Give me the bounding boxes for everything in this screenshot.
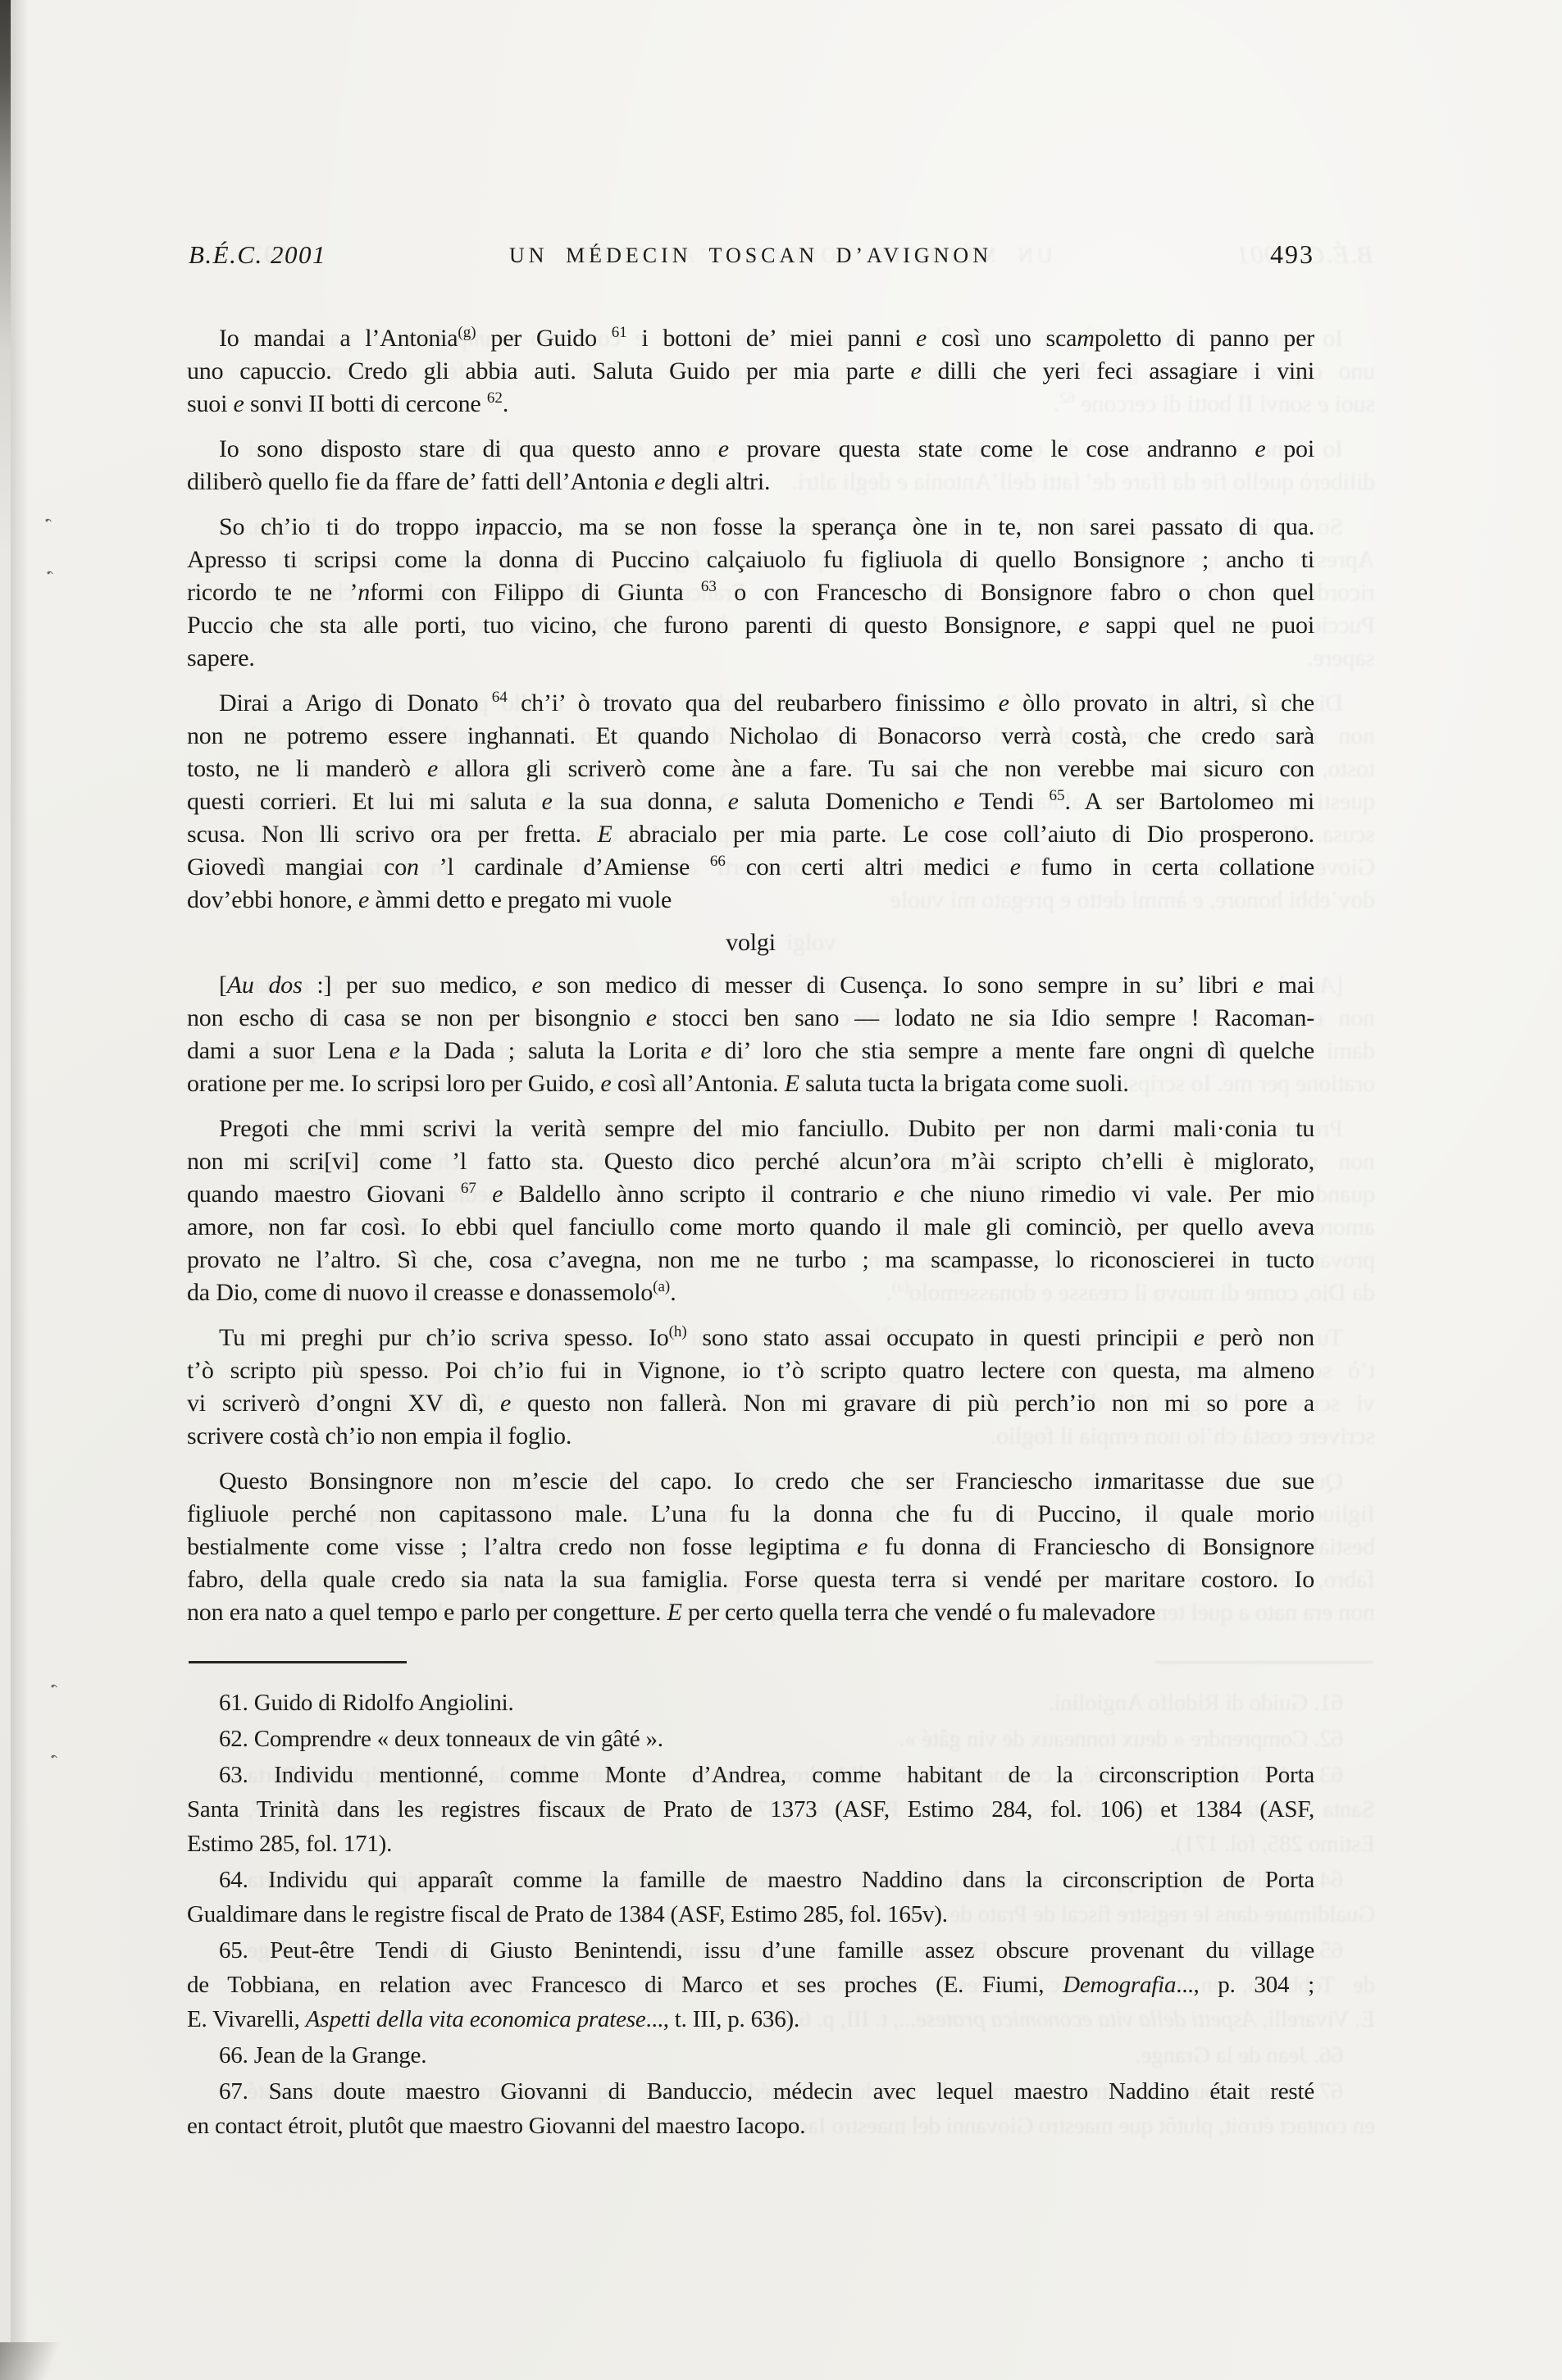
footnote-line: Gualdimare dans le registre fiscal de Pr…	[187, 1897, 1314, 1932]
body-line: Apresso ti scripsi come la donna di Pucc…	[187, 544, 1314, 576]
para-item: [Au dos :] per suo medico, e son medico …	[187, 969, 1314, 1100]
note-item: 62. Comprendre « deux tonneaux de vin gâ…	[187, 1722, 1314, 1756]
turn-word: volgi	[187, 926, 1314, 959]
footnote-line: 63. Individu mentionné, comme Monte d’An…	[187, 1758, 1314, 1792]
body-line: Io sono disposto stare di qua questo ann…	[187, 433, 1314, 466]
footnote-line: en contact étroit, plutôt que maestro Gi…	[187, 2109, 1314, 2143]
body-line: provato ne l’altro. Sì che, cosa c’avegn…	[187, 1244, 1314, 1276]
body-line: scusa. Non lli scrivo ora per fretta. E …	[187, 818, 1314, 851]
footnote-line: Santa Trinità dans les registres fiscaux…	[187, 1792, 1314, 1827]
body-line: sapere.	[187, 642, 1314, 675]
running-header: B.É.C. 2001 UN MÉDECIN TOSCAN D’AVIGNON …	[187, 234, 1314, 272]
page-number: 493	[1270, 239, 1314, 270]
footnote-line: 64. Individu qui apparaît comme la famil…	[187, 1863, 1314, 1897]
para-item: Questo Bonsingnore non m’escie del capo.…	[187, 1465, 1314, 1629]
body-line: oratione per me. Io scripsi loro per Gui…	[187, 1067, 1314, 1100]
note-item: 65. Peut-être Tendi di Giusto Benintendi…	[187, 1933, 1314, 2036]
body-line: amore, non far così. Io ebbi quel fanciu…	[187, 1211, 1314, 1244]
footnote-line: 67. Sans doute maestro Giovanni di Bandu…	[187, 2074, 1314, 2109]
footnote-line: 65. Peut-être Tendi di Giusto Benintendi…	[187, 1933, 1314, 1968]
note-item: 63. Individu mentionné, comme Monte d’An…	[187, 1758, 1314, 1861]
body-line: t’ò scripto più spesso. Poi ch’io fui in…	[187, 1354, 1314, 1387]
body-line: non escho di casa se non per bisongnio e…	[187, 1002, 1314, 1035]
body-line: diliberò quello fie da ffare de’ fatti d…	[187, 466, 1314, 498]
body-line: So ch’io ti do troppo inpaccio, ma se no…	[187, 511, 1314, 544]
body-line: volgi	[187, 926, 1314, 959]
para-item: Pregoti che mmi scrivi la verità sempre …	[187, 1113, 1314, 1309]
body-line: dov’ebbi honore, e àmmi detto e pregato …	[187, 884, 1314, 917]
para-item: Dirai a Arigo di Donato 64 ch’i’ ò trova…	[187, 687, 1314, 917]
scan-bottom-left-corner	[0, 2342, 90, 2380]
note-item: 64. Individu qui apparaît comme la famil…	[187, 1863, 1314, 1932]
footnote-line: 62. Comprendre « deux tonneaux de vin gâ…	[187, 1722, 1314, 1756]
body-line: dami a suor Lena e la Dada ; saluta la L…	[187, 1035, 1314, 1067]
body-line: quando maestro Giovani 67 e Baldello ànn…	[187, 1178, 1314, 1211]
margin-mark: ,	[42, 571, 43, 577]
scanned-journal-page: , , , , B.É.C. 2001 UN MÉDECIN TOSCAN D’…	[0, 0, 1562, 2380]
body-line: uno capuccio. Credo gli abbia auti. Salu…	[187, 355, 1314, 388]
para-item: Tu mi preghi pur ch’io scriva spesso. Io…	[187, 1322, 1314, 1453]
note-item: 66. Jean de la Grange.	[187, 2038, 1314, 2073]
margin-mark: ,	[40, 519, 41, 525]
body-line: scrivere costà ch’io non empia il foglio…	[187, 1420, 1314, 1453]
margin-mark: ,	[46, 1755, 47, 1761]
footnote-line: 66. Jean de la Grange.	[187, 2038, 1314, 2073]
scan-left-edge-shadow	[11, 0, 29, 2380]
letter-transcription: Io mandai a l’Antonia(g) per Guido 61 i …	[187, 322, 1314, 1629]
para-item: Io mandai a l’Antonia(g) per Guido 61 i …	[187, 322, 1314, 421]
body-line: Pregoti che mmi scrivi la verità sempre …	[187, 1113, 1314, 1145]
body-line: bestialmente come visse ; l’altra credo …	[187, 1531, 1314, 1563]
footnote-line: Estimo 285, fol. 171).	[187, 1827, 1314, 1861]
body-line: tosto, ne li manderò e allora gli scrive…	[187, 753, 1314, 785]
body-line: ricordo te ne ’nformi con Filippo di Giu…	[187, 576, 1314, 609]
body-line: Dirai a Arigo di Donato 64 ch’i’ ò trova…	[187, 687, 1314, 720]
body-line: questi corrieri. Et lui mi saluta e la s…	[187, 785, 1314, 818]
body-line: Questo Bonsingnore non m’escie del capo.…	[187, 1465, 1314, 1498]
note-item: 67. Sans doute maestro Giovanni di Bandu…	[187, 2074, 1314, 2143]
scan-left-edge	[0, 0, 11, 2380]
margin-mark: ,	[46, 1685, 47, 1691]
body-line: Tu mi preghi pur ch’io scriva spesso. Io…	[187, 1322, 1314, 1354]
body-line: figliuole perché non capitassono male. L…	[187, 1498, 1314, 1531]
body-line: non ne potremo essere inghannati. Et qua…	[187, 720, 1314, 753]
body-line: da Dio, come di nuovo il creasse e donas…	[187, 1276, 1314, 1309]
para-item: Io sono disposto stare di qua questo ann…	[187, 433, 1314, 498]
body-line: non era nato a quel tempo e parlo per co…	[187, 1596, 1314, 1629]
body-line: suoi e sonvi II botti di cercone 62.	[187, 388, 1314, 421]
para-item: So ch’io ti do troppo inpaccio, ma se no…	[187, 511, 1314, 675]
body-line: fabro, della quale credo sia nata la sua…	[187, 1563, 1314, 1596]
footnote-separator-rule	[189, 1661, 407, 1663]
body-line: Io mandai a l’Antonia(g) per Guido 61 i …	[187, 322, 1314, 355]
body-line: Puccio che sta alle porti, tuo vicino, c…	[187, 609, 1314, 642]
footnote-line: 61. Guido di Ridolfo Angiolini.	[187, 1686, 1314, 1720]
running-title: UN MÉDECIN TOSCAN D’AVIGNON	[187, 243, 1314, 268]
footnotes: 61. Guido di Ridolfo Angiolini.62. Compr…	[187, 1686, 1314, 2143]
body-line: Giovedì mangiai con ’l cardinale d’Amien…	[187, 851, 1314, 884]
body-line: non mi scri[vi] come ’l fatto sta. Quest…	[187, 1145, 1314, 1178]
body-line: [Au dos :] per suo medico, e son medico …	[187, 969, 1314, 1002]
note-item: 61. Guido di Ridolfo Angiolini.	[187, 1686, 1314, 1720]
footnote-line: E. Vivarelli, Aspetti della vita economi…	[187, 2002, 1314, 2036]
footnote-line: de Tobbiana, en relation avec Francesco …	[187, 1968, 1314, 2002]
body-line: vi scriverò d’ongni XV dì, e questo non …	[187, 1387, 1314, 1420]
